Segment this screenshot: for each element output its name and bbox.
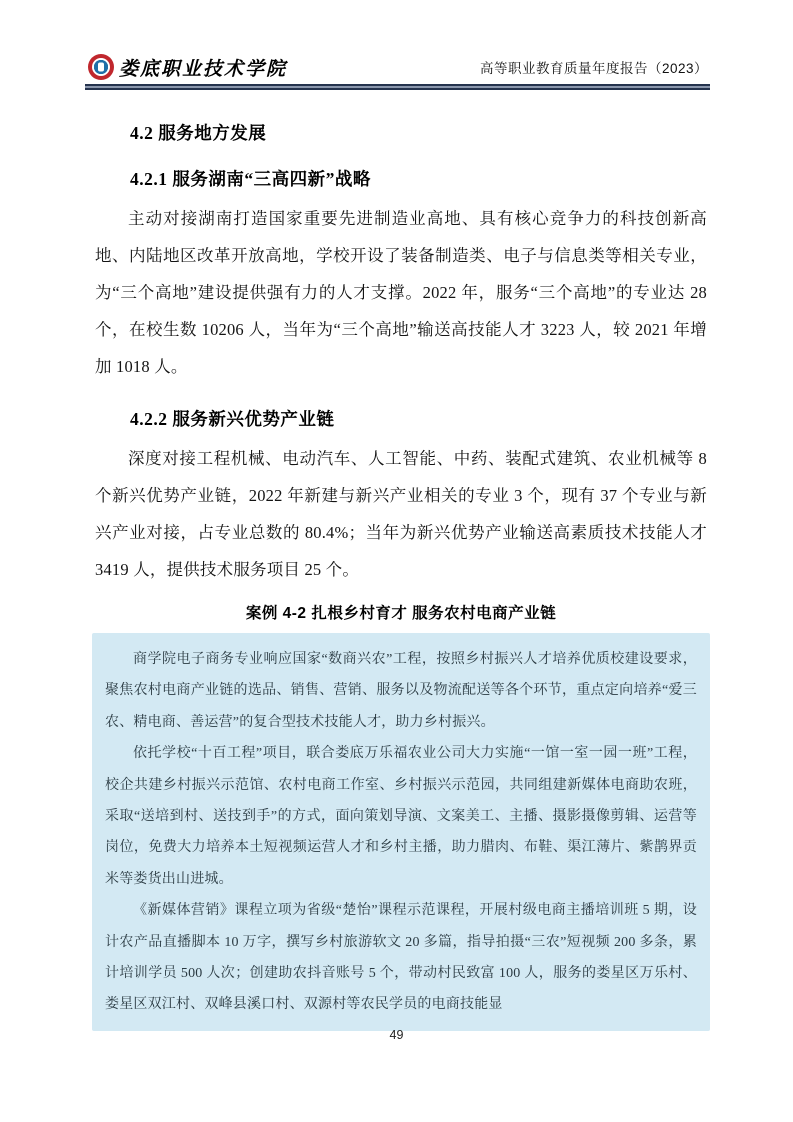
document-page: 娄底职业技术学院 高等职业教育质量年度报告（2023） 4.2 服务地方发展 4… (0, 0, 793, 1122)
section-heading-4-2: 4.2 服务地方发展 (130, 120, 707, 145)
case-title: 案例 4-2 扎根乡村育才 服务农村电商产业链 (95, 601, 707, 623)
case-paragraph-2: 依托学校“十百工程”项目，联合娄底万乐福农业公司大力实施“一馆一室一园一班”工程… (105, 738, 697, 895)
case-paragraph-3: 《新媒体营销》课程立项为省级“楚怡”课程示范课程，开展村级电商主播培训班 5 期… (105, 895, 697, 1021)
page-header: 娄底职业技术学院 高等职业教育质量年度报告（2023） (88, 50, 708, 84)
page-number: 49 (0, 1028, 793, 1042)
paragraph-4-2-1: 主动对接湖南打造国家重要先进制造业高地、具有核心竞争力的科技创新高地、内陆地区改… (95, 200, 707, 385)
page-content: 4.2 服务地方发展 4.2.1 服务湖南“三高四新”战略 主动对接湖南打造国家… (95, 90, 707, 1031)
case-paragraph-1: 商学院电子商务专业响应国家“数商兴农”工程，按照乡村振兴人才培养优质校建设要求，… (105, 644, 697, 738)
school-brand: 娄底职业技术学院 (88, 54, 287, 81)
school-logo-icon (88, 54, 114, 80)
section-heading-4-2-1: 4.2.1 服务湖南“三高四新”战略 (130, 166, 707, 191)
report-title: 高等职业教育质量年度报告（2023） (480, 57, 708, 77)
section-heading-4-2-2: 4.2.2 服务新兴优势产业链 (130, 406, 707, 431)
school-name: 娄底职业技术学院 (119, 54, 287, 81)
case-highlight-box: 商学院电子商务专业响应国家“数商兴农”工程，按照乡村振兴人才培养优质校建设要求，… (92, 633, 710, 1031)
paragraph-4-2-2: 深度对接工程机械、电动汽车、人工智能、中药、装配式建筑、农业机械等 8 个新兴优… (95, 440, 707, 588)
